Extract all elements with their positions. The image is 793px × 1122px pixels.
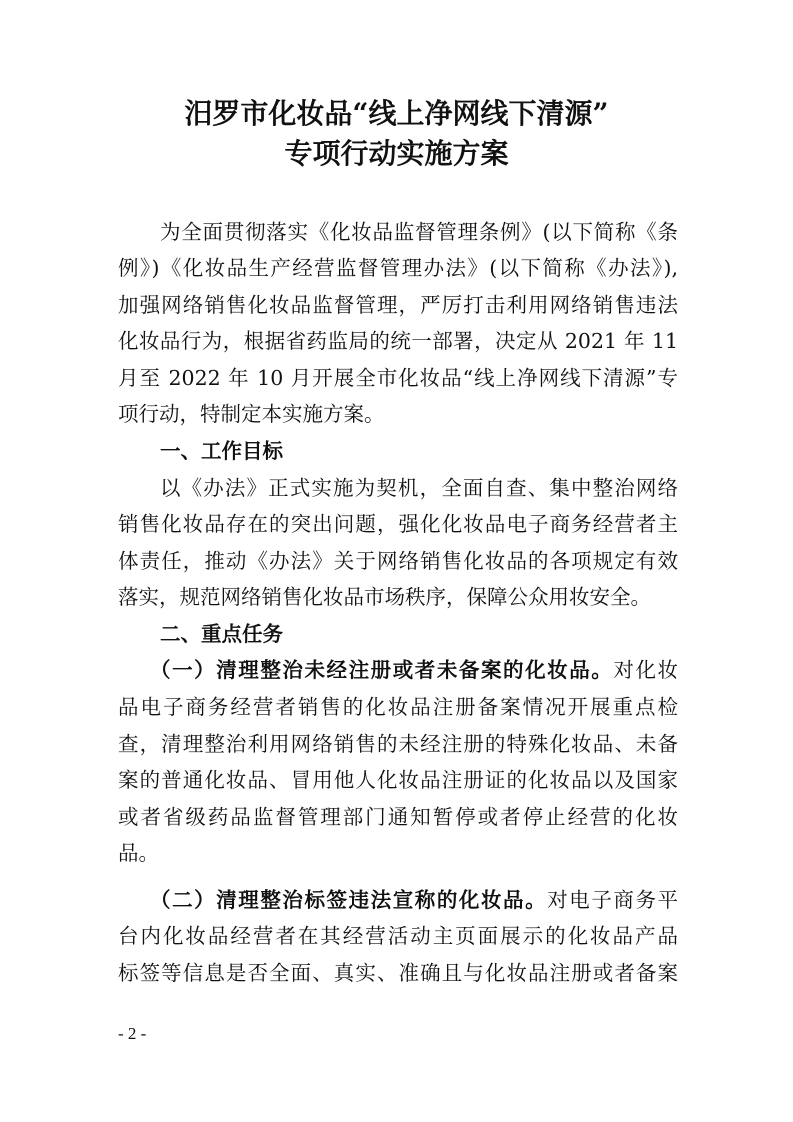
- paragraph-line: 或者省级药品监督管理部门通知暂停或者停止经营的化妆: [118, 799, 678, 835]
- task-1-lead: （一）清理整治未经注册或者未备案的化妆品。: [150, 658, 613, 682]
- document-title-line-2: 专项行动实施方案: [0, 136, 793, 172]
- page-number: - 2 -: [118, 1022, 146, 1046]
- paragraph-line: 体责任，推动《办法》关于网络销售化妆品的各项规定有效: [118, 543, 678, 579]
- paragraph-line: 月至 2022 年 10 月开展全市化妆品“线上净网线下清源”专: [118, 360, 678, 396]
- paragraph-line: （一）清理整治未经注册或者未备案的化妆品。对化妆: [150, 652, 678, 688]
- paragraph-line: 品。: [118, 835, 678, 871]
- paragraph-line: （二）清理整治标签违法宣称的化妆品。对电子商务平: [150, 882, 678, 918]
- document-title-line-1: 汨罗市化妆品“线上净网线下清源”: [0, 96, 793, 132]
- paragraph-line: 标签等信息是否全面、真实、准确且与化妆品注册或者备案: [118, 955, 678, 991]
- paragraph-line: 加强网络销售化妆品监督管理，严厉打击利用网络销售违法: [118, 287, 678, 323]
- task-2-lead: （二）清理整治标签违法宣称的化妆品。: [150, 888, 547, 912]
- section-heading-tasks: 二、重点任务: [160, 616, 678, 652]
- paragraph-line: 例》)《化妆品生产经营监督管理办法》(以下简称《办法》),: [118, 250, 678, 286]
- paragraph-line: 查，清理整治利用网络销售的未经注册的特殊化妆品、未备: [118, 726, 678, 762]
- paragraph-line: 品电子商务经营者销售的化妆品注册备案情况开展重点检: [118, 689, 678, 725]
- paragraph-line: 化妆品行为，根据省药监局的统一部署，决定从 2021 年 11: [118, 323, 678, 359]
- section-heading-goals: 一、工作目标: [160, 433, 678, 469]
- paragraph-line: 案的普通化妆品、冒用他人化妆品注册证的化妆品以及国家: [118, 762, 678, 798]
- task-2-text: 对电子商务平: [547, 888, 678, 912]
- paragraph-line: 落实，规范网络销售化妆品市场秩序，保障公众用妆安全。: [118, 579, 678, 615]
- paragraph-line: 台内化妆品经营者在其经营活动主页面展示的化妆品产品: [118, 918, 678, 954]
- paragraph-line: 项行动，特制定本实施方案。: [118, 396, 678, 432]
- paragraph-line: 为全面贯彻落实《化妆品监督管理条例》(以下简称《条: [160, 214, 678, 250]
- paragraph-line: 以《办法》正式实施为契机，全面自查、集中整治网络: [160, 470, 678, 506]
- task-1-text: 对化妆: [613, 658, 678, 682]
- paragraph-line: 销售化妆品存在的突出问题，强化化妆品电子商务经营者主: [118, 506, 678, 542]
